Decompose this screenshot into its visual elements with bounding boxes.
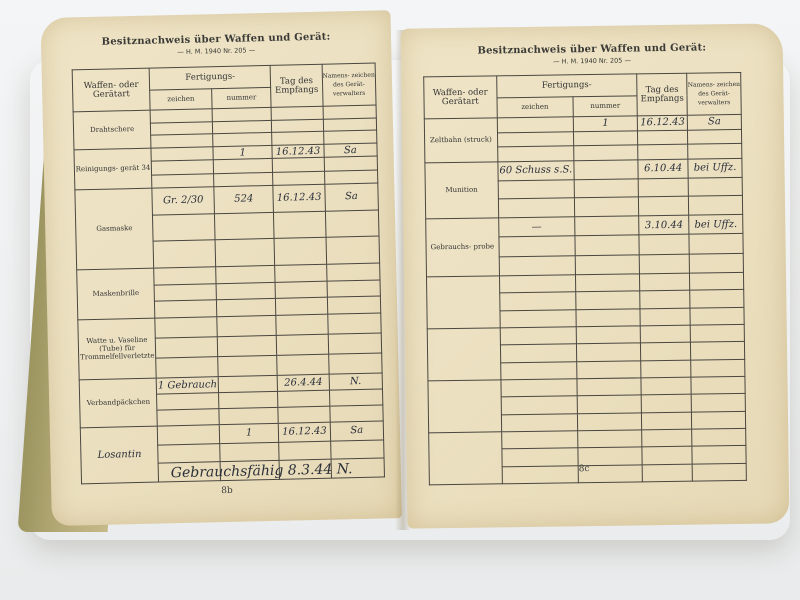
col-item: Waffen- oder Gerätart bbox=[72, 68, 150, 112]
cell-nummer bbox=[217, 335, 277, 356]
cell-tag bbox=[272, 132, 324, 146]
col-fertigung: Fertigungs- bbox=[496, 74, 637, 98]
cell-nummer bbox=[578, 447, 643, 465]
cell-nummer bbox=[213, 159, 273, 174]
cell-tag bbox=[275, 264, 327, 282]
cell-namens bbox=[323, 130, 377, 144]
cell-nummer bbox=[219, 407, 279, 424]
col-tag: Tag des Empfangs bbox=[637, 73, 687, 116]
row-label: Munition bbox=[425, 162, 498, 219]
cell-tag bbox=[273, 171, 325, 185]
cell-nummer: 1 bbox=[573, 116, 637, 132]
cell-zeichen bbox=[497, 117, 574, 133]
cell-tag bbox=[641, 360, 691, 378]
cell-namens bbox=[327, 296, 381, 314]
cell-zeichen bbox=[158, 425, 220, 445]
cell-namens bbox=[688, 144, 742, 159]
cell-nummer bbox=[216, 265, 276, 283]
cell-namens bbox=[323, 118, 377, 132]
cell-namens bbox=[689, 234, 743, 254]
cell-tag: 16.12.43 bbox=[638, 115, 688, 130]
cell-nummer bbox=[577, 412, 642, 430]
cell-nummer bbox=[213, 172, 273, 187]
cell-zeichen bbox=[152, 173, 214, 188]
cell-tag bbox=[277, 354, 329, 375]
col-item: Waffen- oder Gerätart bbox=[424, 76, 497, 119]
cell-tag: 6.10.44 bbox=[638, 159, 688, 178]
cell-namens bbox=[324, 156, 378, 171]
cell-namens bbox=[691, 394, 745, 412]
cell-tag bbox=[279, 441, 331, 461]
cell-namens bbox=[690, 307, 744, 325]
cell-zeichen bbox=[151, 147, 213, 162]
cell-namens: N. bbox=[329, 373, 383, 390]
cell-namens: Sa bbox=[687, 114, 741, 129]
cell-namens: Sa bbox=[330, 421, 384, 441]
row-label: Watte u. Vaseline (Tube) für Trommelfell… bbox=[78, 318, 157, 380]
cell-tag bbox=[640, 273, 690, 291]
cell-zeichen bbox=[154, 283, 216, 301]
cell-tag bbox=[640, 325, 690, 343]
cell-zeichen bbox=[156, 337, 218, 358]
cell-zeichen bbox=[499, 255, 576, 275]
cell-namens bbox=[327, 280, 381, 298]
cell-tag bbox=[274, 211, 326, 239]
cell-zeichen bbox=[497, 131, 574, 147]
cell-tag bbox=[271, 106, 323, 120]
cell-namens bbox=[692, 428, 746, 446]
col-tag: Tag des Empfangs bbox=[270, 64, 322, 107]
cell-zeichen bbox=[152, 160, 214, 175]
cell-zeichen bbox=[153, 240, 215, 268]
cell-namens bbox=[327, 313, 381, 334]
row-label bbox=[428, 380, 501, 433]
cell-tag bbox=[642, 464, 692, 482]
cell-nummer: 1 bbox=[219, 423, 279, 443]
cell-namens bbox=[691, 359, 745, 377]
col-namens: Namens- zeichen des Gerät- verwalters bbox=[322, 63, 376, 106]
cell-namens bbox=[329, 389, 383, 406]
cell-zeichen bbox=[157, 393, 219, 410]
cell-namens bbox=[690, 272, 744, 290]
cell-tag bbox=[640, 290, 690, 308]
col-nummer: nummer bbox=[573, 96, 638, 117]
cell-tag bbox=[640, 308, 690, 326]
cell-zeichen: 1 Gebrauch bbox=[156, 377, 218, 394]
cell-namens bbox=[688, 177, 742, 196]
cell-zeichen bbox=[500, 361, 577, 379]
cell-nummer bbox=[216, 282, 276, 300]
row-label: Reinigungs- gerät 34 bbox=[74, 148, 152, 190]
cell-namens bbox=[688, 196, 742, 215]
cell-zeichen bbox=[500, 309, 577, 327]
row-label: Maskenbrille bbox=[77, 268, 155, 320]
cell-zeichen bbox=[158, 443, 220, 463]
cell-tag bbox=[276, 314, 328, 335]
cell-nummer bbox=[578, 430, 643, 448]
cell-nummer bbox=[577, 378, 642, 396]
col-namens: Namens- zeichen des Gerät- verwalters bbox=[687, 72, 742, 115]
cell-namens: bei Uffz. bbox=[688, 158, 742, 177]
cell-tag bbox=[638, 130, 688, 145]
cell-zeichen bbox=[153, 213, 215, 241]
cell-nummer: 524 bbox=[214, 185, 274, 213]
cell-tag bbox=[641, 394, 691, 412]
cell-nummer bbox=[575, 274, 640, 292]
cell-nummer bbox=[218, 355, 278, 376]
cell-namens bbox=[690, 290, 744, 308]
row-label bbox=[429, 432, 502, 485]
cell-zeichen bbox=[501, 431, 578, 449]
photo: Besitznachweis über Waffen und Gerät: — … bbox=[0, 0, 800, 600]
row-label: Gasmaske bbox=[75, 188, 154, 270]
cell-zeichen bbox=[501, 379, 578, 397]
cell-tag bbox=[642, 412, 692, 430]
cell-namens bbox=[688, 129, 742, 144]
cell-zeichen: 60 Schuss s.S. bbox=[497, 161, 574, 181]
cell-zeichen bbox=[499, 236, 576, 256]
cell-nummer bbox=[217, 315, 277, 336]
cell-tag bbox=[275, 281, 327, 299]
cell-namens: Sa bbox=[324, 143, 378, 158]
row-label: Verbandpäckchen bbox=[79, 378, 157, 428]
cell-namens bbox=[690, 342, 744, 360]
cell-nummer bbox=[574, 179, 639, 199]
cell-namens: bei Uffz. bbox=[689, 214, 743, 234]
cell-namens bbox=[328, 353, 382, 374]
cell-tag bbox=[274, 237, 326, 265]
cell-nummer bbox=[215, 239, 275, 267]
cell-zeichen: — bbox=[498, 217, 575, 237]
row-label: Gebrauchs- probe bbox=[426, 218, 499, 277]
cell-zeichen bbox=[156, 357, 218, 378]
cell-tag bbox=[639, 196, 689, 215]
cell-tag bbox=[641, 377, 691, 395]
cell-nummer bbox=[573, 131, 637, 147]
left-page: Besitznachweis über Waffen und Gerät: — … bbox=[40, 10, 401, 526]
cell-tag: 16.12.43 bbox=[273, 184, 325, 212]
cell-namens bbox=[326, 236, 380, 264]
page-number-left: 8b bbox=[221, 486, 233, 496]
cell-nummer bbox=[216, 299, 276, 317]
cell-zeichen bbox=[502, 465, 579, 483]
cell-nummer bbox=[574, 145, 638, 161]
cell-nummer bbox=[576, 343, 641, 361]
cell-namens bbox=[329, 405, 383, 422]
row-label bbox=[427, 328, 500, 381]
cell-namens bbox=[325, 210, 379, 238]
page-number-right: 8c bbox=[579, 464, 590, 474]
cell-nummer bbox=[218, 375, 278, 392]
cell-zeichen bbox=[157, 409, 219, 426]
cell-zeichen bbox=[500, 344, 577, 362]
col-fertigung: Fertigungs- bbox=[149, 65, 271, 90]
row-label: Losantin bbox=[80, 426, 159, 484]
cell-nummer bbox=[575, 216, 640, 236]
cell-zeichen bbox=[498, 198, 575, 218]
cell-zeichen bbox=[154, 267, 216, 285]
cell-tag bbox=[639, 254, 689, 274]
row-label: Drahtschere bbox=[73, 110, 151, 150]
cell-zeichen bbox=[501, 413, 578, 431]
cell-tag: 26.4.44 bbox=[278, 374, 330, 391]
cell-tag bbox=[638, 145, 688, 160]
cell-namens bbox=[690, 324, 744, 342]
cell-namens bbox=[692, 463, 746, 481]
cell-tag bbox=[277, 334, 329, 355]
cell-namens bbox=[691, 411, 745, 429]
row-label bbox=[426, 276, 499, 329]
right-page-header: Besitznachweis über Waffen und Gerät: — … bbox=[401, 41, 783, 67]
cell-nummer bbox=[577, 360, 642, 378]
cell-nummer bbox=[576, 326, 641, 344]
cell-nummer: 1 bbox=[213, 145, 273, 160]
right-page: Besitznachweis über Waffen und Gerät: — … bbox=[401, 23, 790, 528]
cell-namens bbox=[324, 170, 378, 185]
cell-tag bbox=[272, 119, 324, 133]
cell-nummer bbox=[214, 212, 274, 240]
row-label: Zeltbahn (struck) bbox=[424, 118, 497, 163]
right-equipment-table: Waffen- oder Gerätart Fertigungs- Tag de… bbox=[423, 72, 747, 485]
cell-zeichen bbox=[497, 146, 574, 162]
cell-tag bbox=[278, 390, 330, 407]
cell-tag: 16.12.43 bbox=[272, 144, 324, 158]
cell-namens bbox=[330, 440, 384, 460]
cell-zeichen bbox=[499, 292, 576, 310]
cell-nummer bbox=[575, 254, 640, 274]
left-equipment-table: Waffen- oder Gerätart Fertigungs- Tag de… bbox=[72, 63, 385, 485]
cell-tag bbox=[642, 446, 692, 464]
cell-zeichen bbox=[500, 327, 577, 345]
cell-zeichen bbox=[501, 396, 578, 414]
cell-nummer bbox=[575, 235, 640, 255]
cell-tag bbox=[642, 429, 692, 447]
cell-namens bbox=[328, 333, 382, 354]
cell-zeichen: Gr. 2/30 bbox=[152, 187, 214, 215]
cell-tag bbox=[641, 342, 691, 360]
cell-nummer bbox=[576, 291, 641, 309]
cell-zeichen bbox=[499, 275, 576, 293]
col-zeichen: zeichen bbox=[497, 97, 574, 118]
cell-zeichen bbox=[502, 448, 579, 466]
cell-tag bbox=[273, 158, 325, 172]
cell-nummer bbox=[576, 308, 641, 326]
cell-tag bbox=[638, 178, 688, 197]
cell-nummer bbox=[577, 395, 642, 413]
cell-tag: 16.12.43 bbox=[279, 422, 331, 442]
cell-namens: Sa bbox=[324, 183, 378, 211]
col-nummer: nummer bbox=[212, 87, 272, 108]
cell-namens bbox=[326, 263, 380, 281]
cell-tag bbox=[276, 297, 328, 315]
cell-tag: 3.10.44 bbox=[639, 215, 689, 235]
cell-zeichen bbox=[155, 300, 217, 318]
cell-namens bbox=[689, 253, 743, 273]
cell-nummer bbox=[574, 197, 639, 217]
cell-namens bbox=[691, 376, 745, 394]
left-page-header: Besitznachweis über Waffen und Gerät: — … bbox=[41, 30, 391, 59]
cell-namens bbox=[692, 446, 746, 464]
col-zeichen: zeichen bbox=[150, 89, 212, 110]
cell-nummer bbox=[574, 160, 639, 180]
cell-zeichen bbox=[498, 179, 575, 199]
cell-tag bbox=[639, 234, 689, 254]
cell-zeichen bbox=[155, 317, 217, 338]
cell-tag bbox=[278, 406, 330, 423]
cell-nummer bbox=[220, 442, 280, 462]
cell-nummer bbox=[218, 391, 278, 408]
cell-namens bbox=[323, 105, 377, 119]
